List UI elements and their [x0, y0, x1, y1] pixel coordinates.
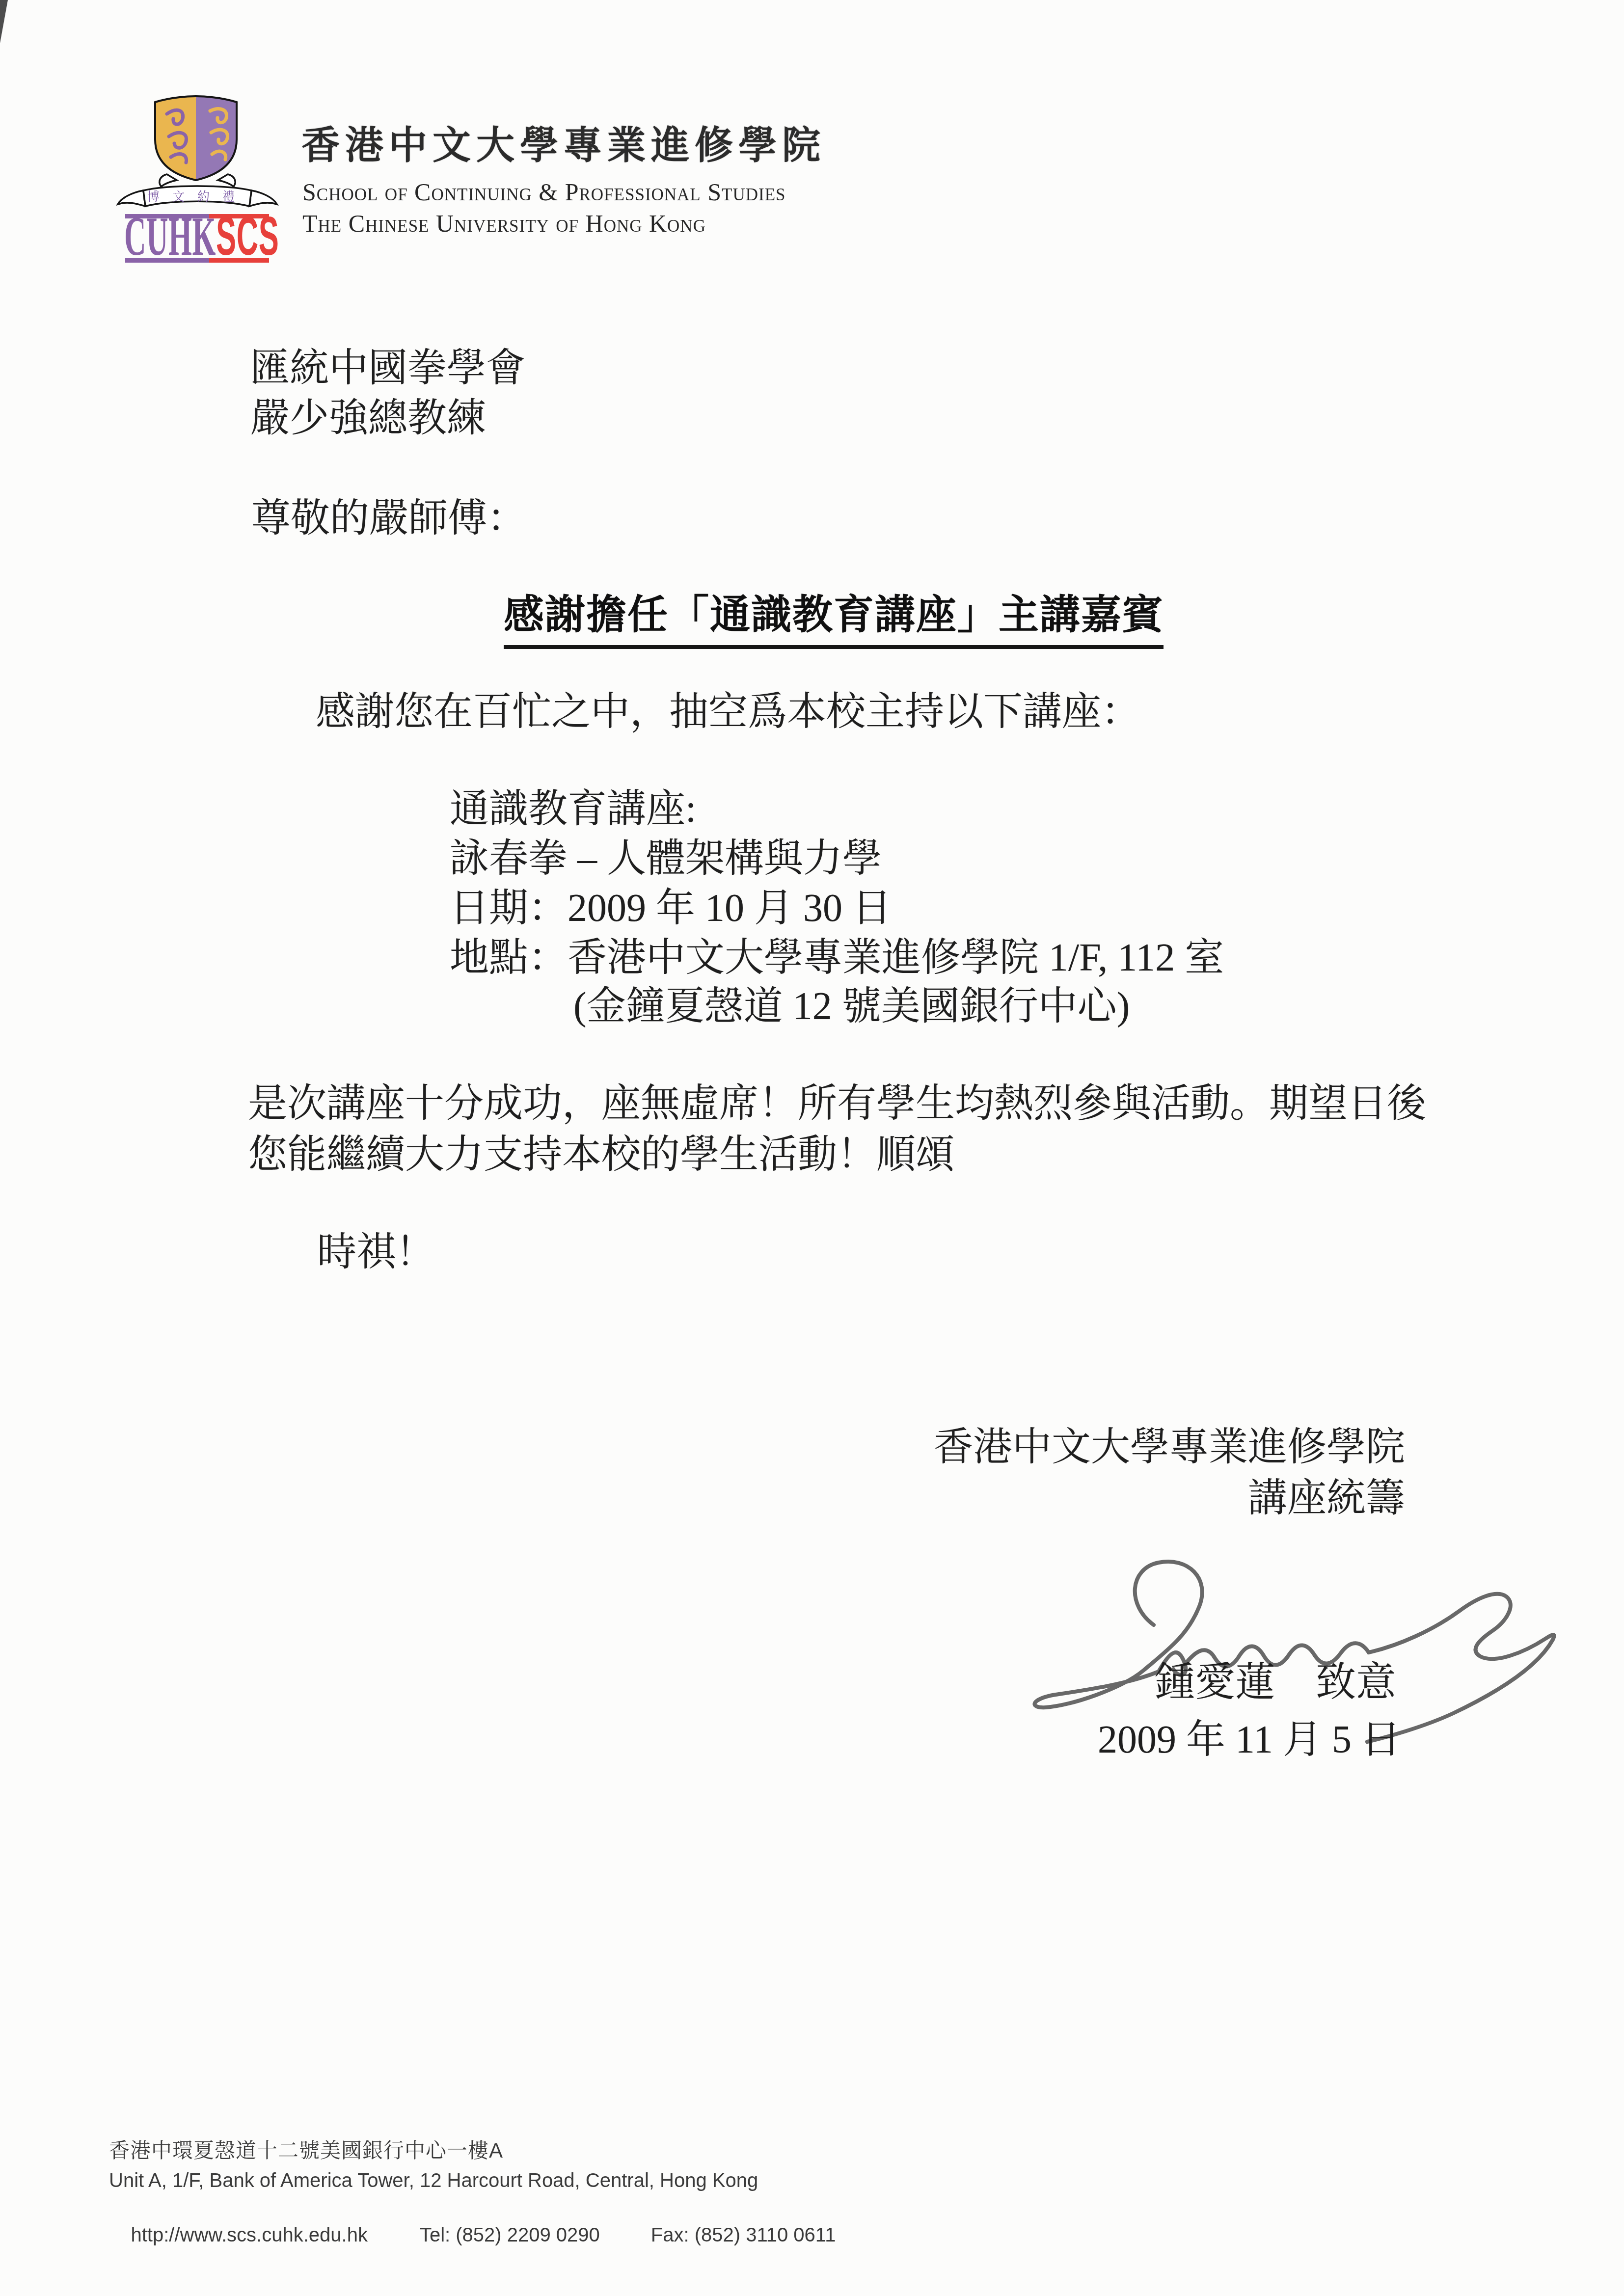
scanned-letter-page: 博文約禮 CUHKSCS 香港中文大學專業進修學院 School of Cont…	[0, 0, 1624, 2296]
logo-bar-bottom	[125, 258, 269, 263]
signoff-date: 2009 年 11 月 5 日	[1098, 1717, 1401, 1762]
recipient-person: 嚴少強總教練	[250, 396, 486, 441]
logo-wordmark: CUHKSCS	[124, 215, 270, 257]
lecture-series-line: 通識教育講座:	[450, 786, 696, 832]
lecture-topic-line: 詠春拳 – 人體架構與力學	[450, 836, 882, 881]
scan-corner-artifact	[0, 0, 8, 43]
signer-name: 鍾愛蓮 致意	[1155, 1659, 1396, 1705]
logo-scs-text: SCS	[216, 205, 279, 267]
school-name-chinese: 香港中文大學專業進修學院	[301, 124, 826, 168]
footer-website: http://www.scs.cuhk.edu.hk	[131, 2224, 367, 2246]
footer-address-chinese: 香港中環夏愨道十二號美國銀行中心一樓A	[109, 2134, 503, 2164]
crest-motto-text: 博文約禮	[147, 190, 247, 204]
school-name-english-line1: School of Continuing & Professional Stud…	[302, 178, 786, 206]
valediction: 時祺！	[317, 1230, 435, 1275]
intro-paragraph: 感謝您在百忙之中，抽空爲本校主持以下講座：	[316, 689, 1140, 734]
footer-address-english: Unit A, 1/F, Bank of America Tower, 12 H…	[109, 2170, 758, 2192]
lecture-venue-note: (金鐘夏愨道 12 號美國銀行中心)	[573, 984, 1130, 1029]
lecture-date-line: 日期：2009 年 10 月 30 日	[450, 886, 892, 931]
footer-telephone: Tel: (852) 2209 0290	[420, 2224, 600, 2246]
cuhk-crest: 博文約禮	[114, 93, 281, 217]
salutation: 尊敬的嚴師傅：	[251, 496, 526, 541]
lecture-venue-line: 地點：香港中文大學專業進修學院 1/F, 112 室	[450, 935, 1224, 980]
closing-paragraph-line2: 您能繼續大力支持本校的學生活動！順頌	[248, 1132, 955, 1177]
recipient-organization: 匯統中國拳學會	[250, 346, 525, 391]
subject-title: 感謝擔任「通識教育講座」主講嘉賓	[504, 592, 1164, 649]
closing-paragraph-line1: 是次講座十分成功，座無虛席！所有學生均熱烈參與活動。期望日後	[248, 1081, 1426, 1126]
school-name-english-line2: The Chinese University of Hong Kong	[302, 209, 706, 238]
signoff-organization: 香港中文大學專業進修學院	[884, 1425, 1405, 1470]
signoff-role: 講座統籌	[884, 1476, 1405, 1521]
footer-fax: Fax: (852) 3110 0611	[651, 2224, 836, 2246]
footer-contacts-line: http://www.scs.cuhk.edu.hkTel: (852) 220…	[109, 2202, 836, 2269]
